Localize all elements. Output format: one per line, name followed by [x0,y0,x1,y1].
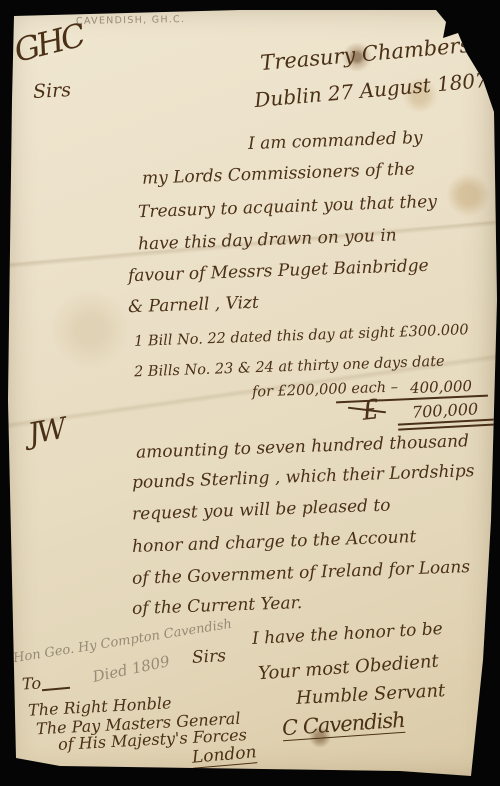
body-line: my Lords Commissioners of the [142,159,415,189]
body-line: Treasury to acquaint you that they [138,192,438,222]
closing-servant-line: Humble Servant [296,680,446,709]
body-line: honor and charge to the Account [132,527,417,557]
closing-obedient-line: Your most Obedient [257,651,439,685]
bill-subtotal: 400,000 [410,377,473,397]
letter-paper: GHC CAVENDISH, GH.C. Treasury Chambers D… [0,0,500,786]
body-line: pounds Sterling , which their Lordships [132,461,475,493]
address-to-flourish [42,687,70,691]
signature: C Cavendish [281,708,405,740]
body-line: & Parnell , Vizt [128,293,259,318]
pencil-died-note: Died 1809 [91,652,171,686]
closing-honor-line: I have the honor to be [252,619,444,649]
bill-total: 700,000 [412,399,479,421]
body-line: amounting to seven hundred thousand [136,431,470,463]
margin-initials: JW [25,411,66,451]
body-line: I am commanded by [248,128,423,154]
address-city: London [191,742,257,768]
bill-line-2: 2 Bills No. 23 & 24 at thirty one days d… [134,354,445,381]
body-line: request you will be pleased to [132,495,391,524]
heading-office: Treasury Chambers [259,33,471,75]
address-to: To [22,674,42,694]
closing-sirs: Sirs [191,646,226,668]
heading-dateline: Dublin 27 August 1807 [253,68,488,112]
bill-line-1: 1 Bill No. 22 dated this day at sight £3… [134,322,469,350]
body-line: of the Government of Ireland for Loans [132,557,471,589]
pencil-archival-note: CAVENDISH, GH.C. [76,14,185,27]
body-line: have this day drawn on you in [138,225,397,254]
salutation: Sirs [32,79,71,103]
body-line: favour of Messrs Puget Bainbridge [128,256,429,286]
body-line: of the Current Year. [132,593,303,619]
